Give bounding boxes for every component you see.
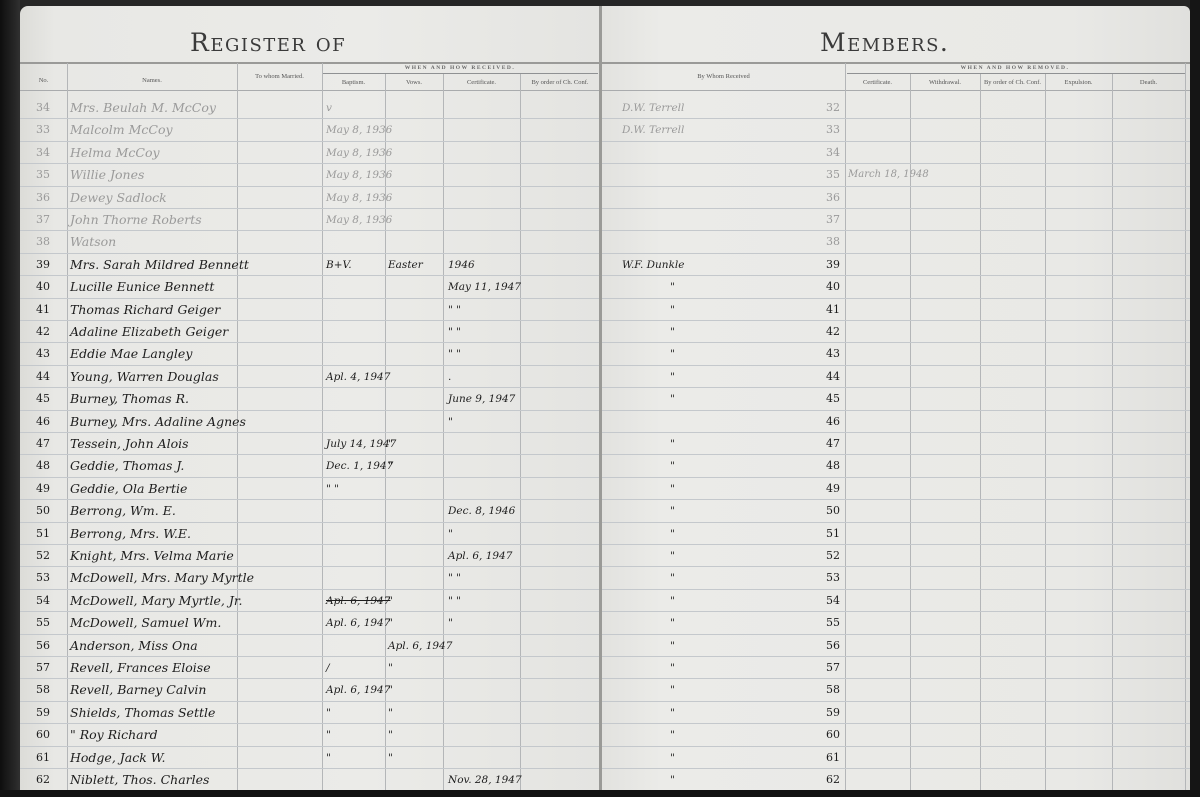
certificate-date: ": [448, 412, 453, 432]
row-number-right: 43: [814, 344, 840, 364]
row-rule: [20, 454, 600, 455]
vows-date: ": [388, 434, 393, 454]
row-rule: [20, 320, 600, 321]
row-number: 58: [24, 680, 50, 700]
member-name: Geddie, Ola Bertie: [70, 479, 187, 499]
member-name: Lucille Eunice Bennett: [70, 277, 214, 297]
row-number: 62: [24, 770, 50, 790]
member-name: Tessein, John Alois: [70, 434, 189, 454]
row-number-right: 45: [814, 389, 840, 409]
baptism-date: May 8, 1936: [326, 120, 392, 140]
row-number: 37: [24, 210, 50, 230]
row-rule: [20, 253, 600, 254]
member-name: McDowell, Samuel Wm.: [70, 613, 221, 633]
row-rule: [602, 522, 1190, 523]
member-name: " Roy Richard: [70, 725, 158, 745]
row-number-right: 33: [814, 120, 840, 140]
received-by: ": [670, 456, 675, 476]
row-rule: [20, 746, 600, 747]
row-number-right: 42: [814, 322, 840, 342]
member-name: Revell, Frances Eloise: [70, 658, 211, 678]
row-rule: [20, 611, 600, 612]
row-rule: [20, 186, 600, 187]
baptism-date: July 14, 1947: [326, 434, 396, 454]
row-number: 56: [24, 636, 50, 656]
member-name: McDowell, Mrs. Mary Myrtle: [70, 568, 254, 588]
row-number: 42: [24, 322, 50, 342]
row-rule: [602, 589, 1190, 590]
book-binding-bottom: [0, 790, 1200, 797]
row-rule: [602, 611, 1190, 612]
row-number: 46: [24, 412, 50, 432]
row-number: 40: [24, 277, 50, 297]
row-number: 53: [24, 568, 50, 588]
row-rule: [20, 141, 600, 142]
row-rule: [602, 365, 1190, 366]
row-rule: [602, 410, 1190, 411]
row-rule: [602, 186, 1190, 187]
baptism-date: May 8, 1936: [326, 188, 392, 208]
row-number-right: 51: [814, 524, 840, 544]
group-rule: [322, 73, 598, 74]
book-binding-left: [0, 0, 20, 797]
baptism-date: Apl. 6, 1947: [326, 613, 390, 633]
removed-certificate-date: March 18, 1948: [848, 165, 929, 185]
baptism-date: Dec. 1, 1947: [326, 456, 393, 476]
baptism-date: Apl. 4, 1947: [326, 367, 390, 387]
row-number: 61: [24, 748, 50, 768]
member-name: Mrs. Beulah M. McCoy: [70, 98, 216, 118]
certificate-date: May 11, 1947: [448, 277, 521, 297]
received-by: ": [670, 748, 675, 768]
row-rule: [20, 544, 600, 545]
row-rule: [602, 768, 1190, 769]
received-by: D.W. Terrell: [622, 98, 684, 118]
row-number-right: 46: [814, 412, 840, 432]
left-page: Register of No. Names. To whom Married. …: [20, 6, 600, 790]
row-rule: [20, 499, 600, 500]
received-by: ": [670, 277, 675, 297]
received-by: ": [670, 524, 675, 544]
baptism-date: ": [326, 725, 331, 745]
received-by: ": [670, 591, 675, 611]
row-number-right: 61: [814, 748, 840, 768]
vows-date: ": [388, 703, 393, 723]
received-by: ": [670, 389, 675, 409]
row-number-right: 62: [814, 770, 840, 790]
row-rule: [602, 656, 1190, 657]
member-name: Eddie Mae Langley: [70, 344, 192, 364]
row-number: 59: [24, 703, 50, 723]
vows-date: ": [388, 456, 393, 476]
certificate-date: 1946: [448, 255, 475, 275]
certificate-date: " ": [448, 300, 461, 320]
page-title-left: Register of: [190, 28, 346, 57]
column-divider: [1185, 63, 1186, 790]
header-names: Names.: [67, 77, 237, 84]
member-name: Watson: [70, 232, 116, 252]
member-name: Anderson, Miss Ona: [70, 636, 198, 656]
baptism-date: May 8, 1936: [326, 165, 392, 185]
row-rule: [20, 432, 600, 433]
member-name: Thomas Richard Geiger: [70, 300, 220, 320]
row-number-right: 53: [814, 568, 840, 588]
row-number: 34: [24, 143, 50, 163]
row-number: 60: [24, 725, 50, 745]
member-name: McDowell, Mary Myrtle, Jr.: [70, 591, 242, 611]
received-by: ": [670, 568, 675, 588]
member-name: John Thorne Roberts: [70, 210, 202, 230]
row-rule: [602, 477, 1190, 478]
received-by: ": [670, 322, 675, 342]
row-rule: [20, 768, 600, 769]
header-expulsion: Expulsion.: [1045, 79, 1112, 86]
received-by: W.F. Dunkle: [622, 255, 685, 275]
row-number: 51: [24, 524, 50, 544]
row-rule: [20, 678, 600, 679]
row-number-right: 32: [814, 98, 840, 118]
row-number-right: 54: [814, 591, 840, 611]
member-name: Shields, Thomas Settle: [70, 703, 215, 723]
row-number-right: 50: [814, 501, 840, 521]
row-number-right: 40: [814, 277, 840, 297]
vows-date: ": [388, 748, 393, 768]
row-rule: [20, 342, 600, 343]
row-number: 35: [24, 165, 50, 185]
row-number: 34: [24, 98, 50, 118]
header-by-order: By order of Ch. Conf.: [520, 79, 600, 86]
row-number-right: 39: [814, 255, 840, 275]
baptism-date: " ": [326, 479, 339, 499]
member-name: Mrs. Sarah Mildred Bennett: [70, 255, 249, 275]
row-rule: [602, 163, 1190, 164]
member-name: Berrong, Wm. E.: [70, 501, 176, 521]
member-name: Niblett, Thos. Charles: [70, 770, 209, 790]
row-rule: [20, 589, 600, 590]
received-by: ": [670, 367, 675, 387]
vows-date: ": [388, 725, 393, 745]
received-by: ": [670, 636, 675, 656]
row-rule: [602, 230, 1190, 231]
row-number-right: 47: [814, 434, 840, 454]
certificate-date: " ": [448, 591, 461, 611]
row-number-right: 60: [814, 725, 840, 745]
row-rule: [602, 342, 1190, 343]
vows-date: ": [388, 613, 393, 633]
row-rule: [602, 634, 1190, 635]
header-bottom-rule: [20, 90, 600, 91]
column-divider: [845, 63, 846, 790]
row-rule: [602, 432, 1190, 433]
row-number: 48: [24, 456, 50, 476]
row-number: 44: [24, 367, 50, 387]
row-rule: [20, 477, 600, 478]
received-by: D.W. Terrell: [622, 120, 684, 140]
row-number: 41: [24, 300, 50, 320]
row-number-right: 38: [814, 232, 840, 252]
row-rule: [602, 275, 1190, 276]
row-rule: [20, 275, 600, 276]
right-page: Members. By Whom Received WHEN AND HOW R…: [602, 6, 1190, 790]
certificate-date: " ": [448, 568, 461, 588]
certificate-date: ": [448, 613, 453, 633]
row-rule: [602, 544, 1190, 545]
baptism-date: May 8, 1936: [326, 210, 392, 230]
row-number-right: 56: [814, 636, 840, 656]
row-rule: [602, 387, 1190, 388]
row-rule: [20, 298, 600, 299]
register-book: Register of No. Names. To whom Married. …: [0, 0, 1200, 797]
received-by: ": [670, 613, 675, 633]
received-by: ": [670, 501, 675, 521]
header-married: To whom Married.: [237, 73, 322, 80]
header-removed-certificate: Certificate.: [845, 79, 910, 86]
certificate-date: " ": [448, 344, 461, 364]
member-name: Geddie, Thomas J.: [70, 456, 184, 476]
member-name: Young, Warren Douglas: [70, 367, 219, 387]
row-rule: [20, 701, 600, 702]
row-rule: [20, 230, 600, 231]
row-rule: [602, 320, 1190, 321]
member-name: Knight, Mrs. Velma Marie: [70, 546, 234, 566]
certificate-date: Apl. 6, 1947: [448, 546, 512, 566]
header-by-whom: By Whom Received: [602, 73, 845, 80]
baptism-date: /: [326, 658, 330, 678]
received-by: ": [670, 703, 675, 723]
row-rule: [602, 566, 1190, 567]
book-binding-right: [1190, 0, 1200, 797]
row-number-right: 36: [814, 188, 840, 208]
vows-date: Easter: [388, 255, 423, 275]
row-rule: [602, 208, 1190, 209]
row-rule: [602, 141, 1190, 142]
received-by: ": [670, 344, 675, 364]
row-rule: [20, 410, 600, 411]
page-title-right: Members.: [820, 28, 949, 57]
row-rule: [602, 253, 1190, 254]
row-number: 36: [24, 188, 50, 208]
received-by: ": [670, 680, 675, 700]
baptism-date: ": [326, 748, 331, 768]
row-number-right: 34: [814, 143, 840, 163]
row-rule: [602, 746, 1190, 747]
member-name: Burney, Mrs. Adaline Agnes: [70, 412, 246, 432]
row-rule: [20, 522, 600, 523]
row-rule: [602, 723, 1190, 724]
row-rule: [20, 634, 600, 635]
header-rule: [602, 62, 1190, 64]
row-number: 52: [24, 546, 50, 566]
header-removed-by-order: By order of Ch. Conf.: [980, 79, 1045, 86]
row-number: 50: [24, 501, 50, 521]
row-number-right: 48: [814, 456, 840, 476]
certificate-date: .: [448, 367, 451, 387]
received-by: ": [670, 770, 675, 790]
row-number-right: 37: [814, 210, 840, 230]
row-number-right: 59: [814, 703, 840, 723]
baptism-date: Apl. 6, 1947: [326, 680, 390, 700]
row-number: 45: [24, 389, 50, 409]
baptism-date: ": [326, 703, 331, 723]
member-name: Adaline Elizabeth Geiger: [70, 322, 228, 342]
row-number: 47: [24, 434, 50, 454]
row-number-right: 57: [814, 658, 840, 678]
member-name: Hodge, Jack W.: [70, 748, 165, 768]
baptism-date: Apl. 6, 1947: [326, 591, 390, 611]
column-divider: [322, 63, 323, 790]
row-rule: [20, 163, 600, 164]
certificate-date: ": [448, 524, 453, 544]
row-number: 43: [24, 344, 50, 364]
row-number: 54: [24, 591, 50, 611]
received-by: ": [670, 546, 675, 566]
received-by: ": [670, 658, 675, 678]
row-number: 39: [24, 255, 50, 275]
row-rule: [20, 365, 600, 366]
header-bottom-rule: [602, 90, 1190, 91]
baptism-date: v: [326, 98, 332, 118]
row-rule: [20, 723, 600, 724]
row-rule: [20, 118, 600, 119]
row-number-right: 44: [814, 367, 840, 387]
row-rule: [602, 701, 1190, 702]
member-name: Revell, Barney Calvin: [70, 680, 206, 700]
row-number: 49: [24, 479, 50, 499]
certificate-date: June 9, 1947: [448, 389, 515, 409]
member-name: Helma McCoy: [70, 143, 160, 163]
row-number: 33: [24, 120, 50, 140]
header-withdrawal: Withdrawal.: [910, 79, 980, 86]
row-number-right: 41: [814, 300, 840, 320]
member-name: Burney, Thomas R.: [70, 389, 189, 409]
row-rule: [602, 118, 1190, 119]
member-name: Berrong, Mrs. W.E.: [70, 524, 191, 544]
member-name: Malcolm McCoy: [70, 120, 173, 140]
certificate-date: " ": [448, 322, 461, 342]
received-by: ": [670, 434, 675, 454]
vows-date: ": [388, 658, 393, 678]
column-divider: [67, 63, 68, 790]
received-by: ": [670, 300, 675, 320]
header-certificate: Certificate.: [443, 79, 520, 86]
received-by: ": [670, 725, 675, 745]
header-baptism: Baptism.: [322, 79, 385, 86]
header-death: Death.: [1112, 79, 1185, 86]
baptism-date: May 8, 1936: [326, 143, 392, 163]
row-rule: [602, 678, 1190, 679]
row-rule: [602, 298, 1190, 299]
header-vows: Vows.: [385, 79, 443, 86]
received-by: ": [670, 479, 675, 499]
row-rule: [20, 656, 600, 657]
member-name: Willie Jones: [70, 165, 144, 185]
certificate-date: Dec. 8, 1946: [448, 501, 515, 521]
header-removed-group: WHEN AND HOW REMOVED.: [845, 65, 1185, 71]
row-rule: [602, 499, 1190, 500]
member-name: Dewey Sadlock: [70, 188, 167, 208]
row-number: 38: [24, 232, 50, 252]
row-number: 55: [24, 613, 50, 633]
header-received-group: WHEN AND HOW RECEIVED.: [322, 65, 598, 71]
row-rule: [602, 454, 1190, 455]
row-number-right: 52: [814, 546, 840, 566]
baptism-date: B+V.: [326, 255, 352, 275]
group-rule: [847, 73, 1185, 74]
vows-date: ": [388, 680, 393, 700]
row-rule: [20, 566, 600, 567]
vows-date: Apl. 6, 1947: [388, 636, 452, 656]
row-number: 57: [24, 658, 50, 678]
row-number-right: 58: [814, 680, 840, 700]
row-number-right: 35: [814, 165, 840, 185]
row-rule: [20, 387, 600, 388]
vows-date: ": [388, 591, 393, 611]
row-number-right: 55: [814, 613, 840, 633]
header-rule: [20, 62, 600, 64]
row-rule: [20, 208, 600, 209]
certificate-date: Nov. 28, 1947: [448, 770, 522, 790]
row-number-right: 49: [814, 479, 840, 499]
header-no: No.: [20, 77, 67, 84]
